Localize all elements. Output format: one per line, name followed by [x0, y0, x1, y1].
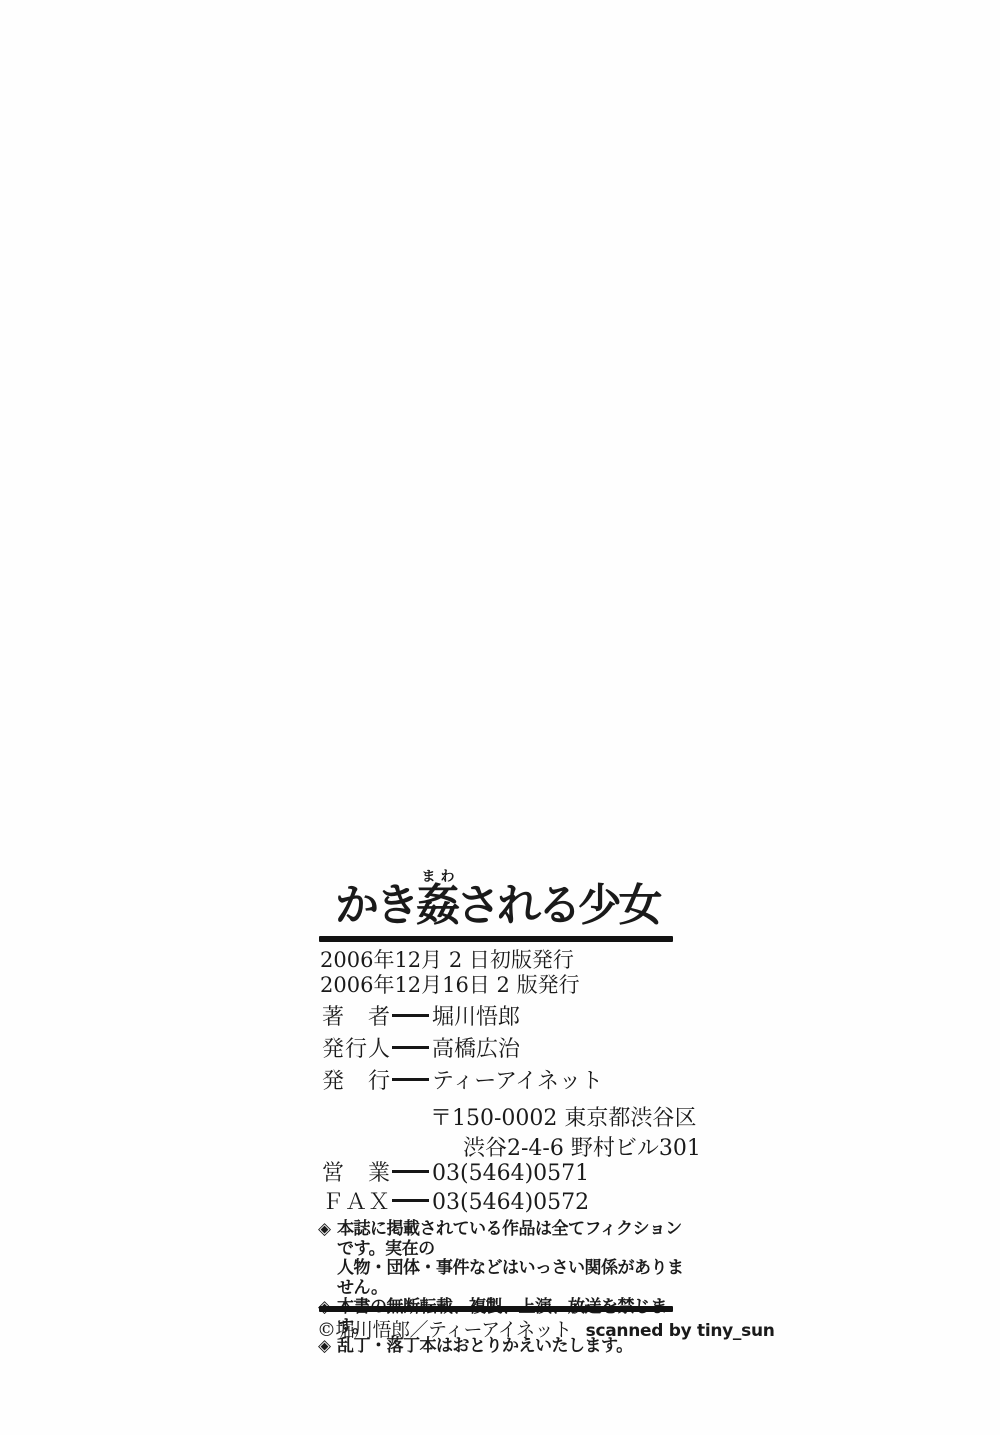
notice-text-fiction: 本誌に掲載されている作品は全てフィクションです。実在の 人物・団体・事件などはい… — [337, 1220, 698, 1298]
publisher-address-line1: 〒150-0002 東京都渋谷区 — [430, 1101, 696, 1132]
credit-label-publisher: 発行人 — [322, 1038, 390, 1062]
credit-row-imprint: 発 行ティーアイネット — [322, 1070, 603, 1094]
credit-value-author: 堀川悟郎 — [432, 1005, 520, 1030]
edition-date-first-printing: 2006年12月 2 日初版発行 — [320, 948, 580, 973]
scan-credit-text: scanned by tiny_sun — [586, 1321, 775, 1341]
leader-dash — [392, 1199, 429, 1202]
colophon-page: まわ かき姦される少女 2006年12月 2 日初版発行 2006年12月16日… — [0, 0, 1000, 1435]
leader-dash — [392, 1170, 429, 1173]
credit-label-author: 著 者 — [322, 1006, 390, 1030]
notice-item-fiction: ◈ 本誌に掲載されている作品は全てフィクションです。実在の 人物・団体・事件など… — [318, 1220, 698, 1298]
publisher-address-line2: 渋谷2-4-6 野村ビル301 — [463, 1131, 701, 1162]
credit-label-imprint: 発 行 — [322, 1070, 390, 1094]
diamond-bullet-icon: ◈ — [318, 1220, 337, 1240]
credit-row-publisher: 発行人高橋広治 — [322, 1038, 520, 1062]
contact-label-sales: 営 業 — [322, 1162, 390, 1186]
edition-dates: 2006年12月 2 日初版発行 2006年12月16日 2 版発行 — [320, 948, 580, 998]
title-divider-rule — [319, 936, 673, 942]
book-title: かき姦される少女 — [335, 882, 659, 930]
contact-value-fax-phone: 03(5464)0572 — [432, 1190, 589, 1215]
footer: ©堀川悟郎／ティーアイネット scanned by tiny_sun — [317, 1315, 677, 1342]
credit-row-author: 著 者堀川悟郎 — [322, 1006, 520, 1030]
contact-row-fax: ＦＡＸ03(5464)0572 — [322, 1191, 589, 1215]
credit-value-publisher: 高橋広治 — [432, 1037, 520, 1062]
copyright-text: ©堀川悟郎／ティーアイネット — [317, 1315, 572, 1342]
leader-dash — [392, 1078, 429, 1081]
leader-dash — [392, 1046, 429, 1049]
contact-label-fax: ＦＡＸ — [322, 1191, 390, 1215]
contact-row-sales: 営 業03(5464)0571 — [322, 1162, 589, 1186]
contact-value-sales-phone: 03(5464)0571 — [432, 1161, 589, 1186]
credit-value-imprint: ティーアイネット — [432, 1069, 603, 1094]
footer-divider-rule — [319, 1306, 673, 1312]
leader-dash — [392, 1014, 429, 1017]
edition-date-second-printing: 2006年12月16日 2 版発行 — [320, 973, 580, 998]
